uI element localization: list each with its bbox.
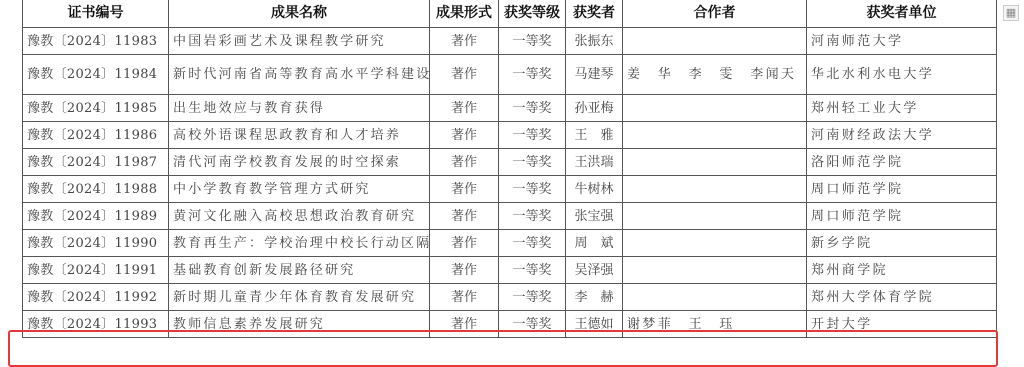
coop-cell [623, 230, 807, 257]
unit-cell: 郑州大学体育学院 [807, 284, 997, 311]
header-coop: 合作者 [623, 0, 807, 28]
unit-cell: 开封大学 [807, 311, 997, 338]
table-row: 豫教〔2024〕11988中小学教育教学管理方式研究著作一等奖牛树林周口师范学院 [23, 176, 997, 203]
table-row: 豫教〔2024〕11989黄河文化融入高校思想政治教育研究著作一等奖张宝强周口师… [23, 203, 997, 230]
unit-cell: 周口师范学院 [807, 176, 997, 203]
winner-cell: 牛树林 [566, 176, 623, 203]
level-cell: 一等奖 [499, 230, 566, 257]
cert-number-cell: 豫教〔2024〕11989 [23, 203, 169, 230]
level-cell: 一等奖 [499, 257, 566, 284]
cert-number-cell: 豫教〔2024〕11992 [23, 284, 169, 311]
winner-cell: 马建琴 [566, 55, 623, 95]
cert-number-cell: 豫教〔2024〕11990 [23, 230, 169, 257]
title-cell: 教育再生产：学校治理中校长行动区隔研究 [169, 230, 430, 257]
unit-cell: 郑州轻工业大学 [807, 95, 997, 122]
winner-cell: 孙亚梅 [566, 95, 623, 122]
form-cell: 著作 [430, 95, 499, 122]
title-cell: 教师信息素养发展研究 [169, 311, 430, 338]
level-cell: 一等奖 [499, 311, 566, 338]
coop-cell [623, 203, 807, 230]
coop-cell [623, 176, 807, 203]
coop-cell: 姜 华 李 雯 李闻天 [623, 55, 807, 95]
cert-number-cell: 豫教〔2024〕11987 [23, 149, 169, 176]
level-cell: 一等奖 [499, 95, 566, 122]
unit-cell: 河南师范大学 [807, 28, 997, 55]
table-header-row: 证书编号 成果名称 成果形式 获奖等级 获奖者 合作者 获奖者单位 [23, 0, 997, 28]
form-cell: 著作 [430, 28, 499, 55]
header-winner: 获奖者 [566, 0, 623, 28]
cert-number-cell: 豫教〔2024〕11985 [23, 95, 169, 122]
cert-number-cell: 豫教〔2024〕11984 [23, 55, 169, 95]
level-cell: 一等奖 [499, 122, 566, 149]
coop-cell [623, 284, 807, 311]
title-cell: 新时期儿童青少年体育教育发展研究 [169, 284, 430, 311]
winner-cell: 李 赫 [566, 284, 623, 311]
unit-cell: 郑州商学院 [807, 257, 997, 284]
header-unit: 获奖者单位 [807, 0, 997, 28]
form-cell: 著作 [430, 257, 499, 284]
form-cell: 著作 [430, 311, 499, 338]
coop-cell [623, 257, 807, 284]
winner-cell: 王德如 [566, 311, 623, 338]
winner-cell: 张宝强 [566, 203, 623, 230]
table-row: 豫教〔2024〕11993教师信息素养发展研究著作一等奖王德如谢梦菲 王 珏开封… [23, 311, 997, 338]
cert-number-cell: 豫教〔2024〕11993 [23, 311, 169, 338]
table-icon[interactable]: ▦ [1003, 5, 1019, 21]
level-cell: 一等奖 [499, 55, 566, 95]
cert-number-cell: 豫教〔2024〕11986 [23, 122, 169, 149]
winner-cell: 王洪瑞 [566, 149, 623, 176]
unit-cell: 洛阳师范学院 [807, 149, 997, 176]
table-row: 豫教〔2024〕11985出生地效应与教育获得著作一等奖孙亚梅郑州轻工业大学 [23, 95, 997, 122]
winner-cell: 吴泽强 [566, 257, 623, 284]
table-row: 豫教〔2024〕11992新时期儿童青少年体育教育发展研究著作一等奖李 赫郑州大… [23, 284, 997, 311]
level-cell: 一等奖 [499, 149, 566, 176]
form-cell: 著作 [430, 203, 499, 230]
title-cell: 基础教育创新发展路径研究 [169, 257, 430, 284]
header-level: 获奖等级 [499, 0, 566, 28]
winner-cell: 王 雅 [566, 122, 623, 149]
table-row: 豫教〔2024〕11987清代河南学校教育发展的时空探索著作一等奖王洪瑞洛阳师范… [23, 149, 997, 176]
form-cell: 著作 [430, 230, 499, 257]
header-cert-no: 证书编号 [23, 0, 169, 28]
title-cell: 黄河文化融入高校思想政治教育研究 [169, 203, 430, 230]
cert-number-cell: 豫教〔2024〕11991 [23, 257, 169, 284]
header-form: 成果形式 [430, 0, 499, 28]
level-cell: 一等奖 [499, 203, 566, 230]
level-cell: 一等奖 [499, 28, 566, 55]
table-row: 豫教〔2024〕11991基础教育创新发展路径研究著作一等奖吴泽强郑州商学院 [23, 257, 997, 284]
coop-cell [623, 28, 807, 55]
form-cell: 著作 [430, 55, 499, 95]
form-cell: 著作 [430, 149, 499, 176]
winner-cell: 周 斌 [566, 230, 623, 257]
form-cell: 著作 [430, 176, 499, 203]
header-title: 成果名称 [169, 0, 430, 28]
title-cell: 清代河南学校教育发展的时空探索 [169, 149, 430, 176]
title-cell: 出生地效应与教育获得 [169, 95, 430, 122]
cert-number-cell: 豫教〔2024〕11983 [23, 28, 169, 55]
title-cell: 中国岩彩画艺术及课程教学研究 [169, 28, 430, 55]
coop-cell [623, 95, 807, 122]
table-row: 豫教〔2024〕11983中国岩彩画艺术及课程教学研究著作一等奖张振东河南师范大… [23, 28, 997, 55]
title-cell: 高校外语课程思政教育和人才培养 [169, 122, 430, 149]
awards-table: 证书编号 成果名称 成果形式 获奖等级 获奖者 合作者 获奖者单位 豫教〔202… [22, 0, 997, 338]
cert-number-cell: 豫教〔2024〕11988 [23, 176, 169, 203]
table-row: 豫教〔2024〕11986高校外语课程思政教育和人才培养著作一等奖王 雅河南财经… [23, 122, 997, 149]
coop-cell [623, 149, 807, 176]
title-cell: 新时代河南省高等教育高水平学科建设研究与实践 [169, 55, 430, 95]
coop-cell: 谢梦菲 王 珏 [623, 311, 807, 338]
coop-cell [623, 122, 807, 149]
title-cell: 中小学教育教学管理方式研究 [169, 176, 430, 203]
form-cell: 著作 [430, 284, 499, 311]
table-row: 豫教〔2024〕11990教育再生产：学校治理中校长行动区隔研究著作一等奖周 斌… [23, 230, 997, 257]
unit-cell: 周口师范学院 [807, 203, 997, 230]
unit-cell: 华北水利水电大学 [807, 55, 997, 95]
table-row: 豫教〔2024〕11984新时代河南省高等教育高水平学科建设研究与实践著作一等奖… [23, 55, 997, 95]
level-cell: 一等奖 [499, 284, 566, 311]
unit-cell: 新乡学院 [807, 230, 997, 257]
unit-cell: 河南财经政法大学 [807, 122, 997, 149]
form-cell: 著作 [430, 122, 499, 149]
level-cell: 一等奖 [499, 176, 566, 203]
winner-cell: 张振东 [566, 28, 623, 55]
